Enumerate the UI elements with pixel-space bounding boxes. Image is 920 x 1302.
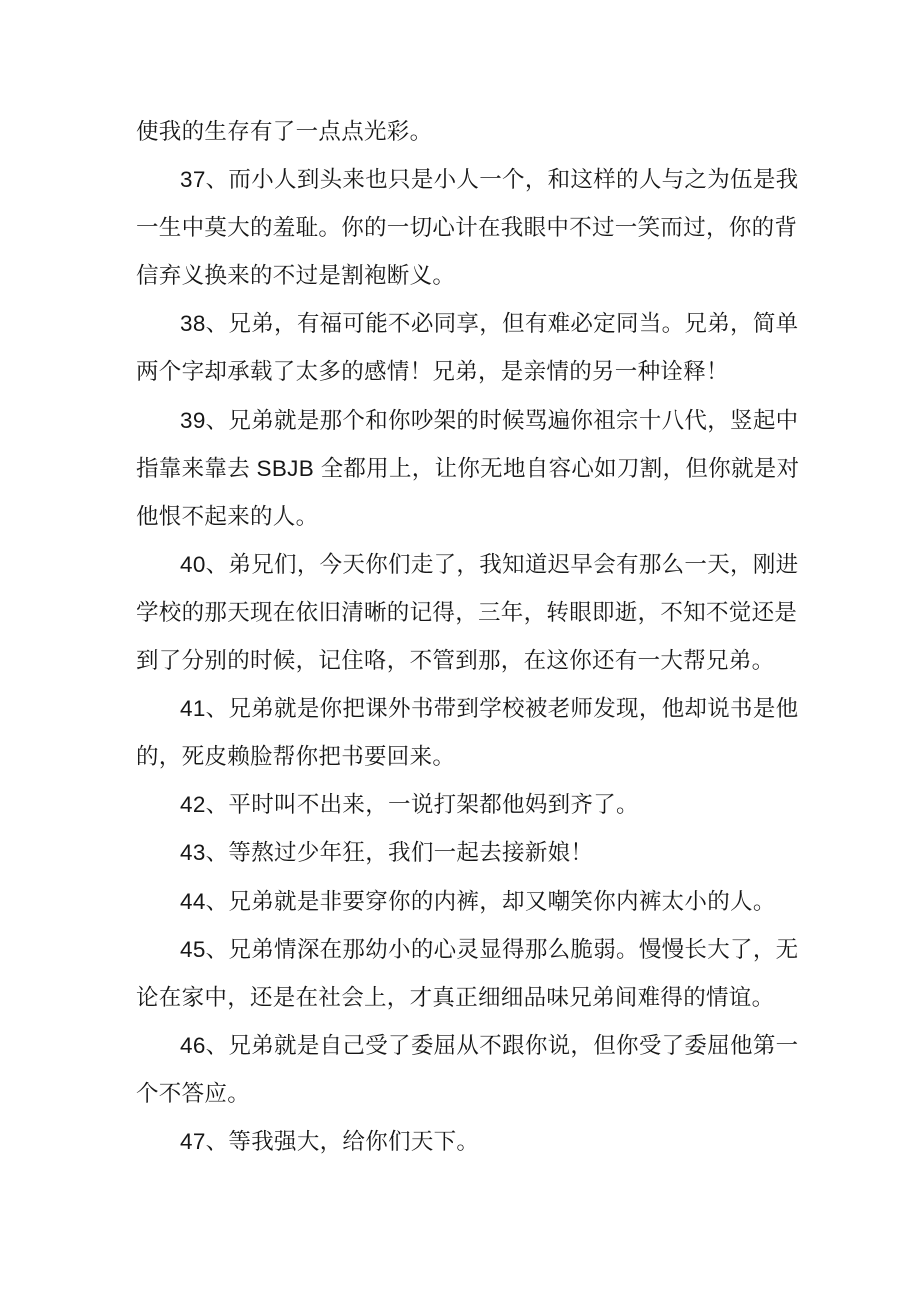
paragraph: 47、等我强大，给你们天下。 — [136, 1118, 788, 1166]
text-line: 到了分别的时候，记住咯，不管到那，在这你还有一大帮兄弟。 — [136, 637, 788, 685]
text-line: 的，死皮赖脸帮你把书要回来。 — [136, 733, 788, 781]
paragraph: 使我的生存有了一点点光彩。 — [136, 108, 788, 156]
text-line: 论在家中，还是在社会上，才真正细细品味兄弟间难得的情谊。 — [136, 974, 788, 1022]
document-body: 使我的生存有了一点点光彩。37、而小人到头来也只是小人一个，和这样的人与之为伍是… — [136, 108, 788, 1166]
text-line: 37、而小人到头来也只是小人一个，和这样的人与之为伍是我 — [136, 156, 788, 204]
text-line: 43、等熬过少年狂，我们一起去接新娘！ — [136, 829, 788, 877]
paragraph: 42、平时叫不出来，一说打架都他妈到齐了。 — [136, 781, 788, 829]
text-line: 他恨不起来的人。 — [136, 493, 788, 541]
paragraph: 43、等熬过少年狂，我们一起去接新娘！ — [136, 829, 788, 877]
text-line: 两个字却承载了太多的感情！兄弟，是亲情的另一种诠释！ — [136, 348, 788, 396]
document-page: 使我的生存有了一点点光彩。37、而小人到头来也只是小人一个，和这样的人与之为伍是… — [0, 0, 920, 1302]
paragraph: 37、而小人到头来也只是小人一个，和这样的人与之为伍是我一生中莫大的羞耻。你的一… — [136, 156, 788, 300]
text-line: 学校的那天现在依旧清晰的记得，三年，转眼即逝，不知不觉还是 — [136, 589, 788, 637]
text-line: 40、弟兄们，今天你们走了，我知道迟早会有那么一天，刚进 — [136, 541, 788, 589]
text-line: 一生中莫大的羞耻。你的一切心计在我眼中不过一笑而过，你的背 — [136, 204, 788, 252]
text-line: 41、兄弟就是你把课外书带到学校被老师发现，他却说书是他 — [136, 685, 788, 733]
text-line: 44、兄弟就是非要穿你的内裤，却又嘲笑你内裤太小的人。 — [136, 878, 788, 926]
text-line: 45、兄弟情深在那幼小的心灵显得那么脆弱。慢慢长大了，无 — [136, 926, 788, 974]
text-line: 38、兄弟，有福可能不必同享，但有难必定同当。兄弟，简单 — [136, 300, 788, 348]
text-line: 46、兄弟就是自己受了委屈从不跟你说，但你受了委屈他第一 — [136, 1022, 788, 1070]
text-line: 39、兄弟就是那个和你吵架的时候骂遍你祖宗十八代，竖起中 — [136, 397, 788, 445]
text-line: 47、等我强大，给你们天下。 — [136, 1118, 788, 1166]
paragraph: 41、兄弟就是你把课外书带到学校被老师发现，他却说书是他的，死皮赖脸帮你把书要回… — [136, 685, 788, 781]
text-line: 使我的生存有了一点点光彩。 — [136, 108, 788, 156]
text-line: 指靠来靠去 SBJB 全都用上，让你无地自容心如刀割，但你就是对 — [136, 445, 788, 493]
paragraph: 44、兄弟就是非要穿你的内裤，却又嘲笑你内裤太小的人。 — [136, 878, 788, 926]
document-viewport: { "page": { "background_color": "#ffffff… — [0, 0, 920, 1302]
text-line: 42、平时叫不出来，一说打架都他妈到齐了。 — [136, 781, 788, 829]
paragraph: 46、兄弟就是自己受了委屈从不跟你说，但你受了委屈他第一个不答应。 — [136, 1022, 788, 1118]
paragraph: 40、弟兄们，今天你们走了，我知道迟早会有那么一天，刚进学校的那天现在依旧清晰的… — [136, 541, 788, 685]
text-line: 信弃义换来的不过是割袍断义。 — [136, 252, 788, 300]
paragraph: 45、兄弟情深在那幼小的心灵显得那么脆弱。慢慢长大了，无论在家中，还是在社会上，… — [136, 926, 788, 1022]
text-line: 个不答应。 — [136, 1070, 788, 1118]
paragraph: 39、兄弟就是那个和你吵架的时候骂遍你祖宗十八代，竖起中指靠来靠去 SBJB 全… — [136, 397, 788, 541]
paragraph: 38、兄弟，有福可能不必同享，但有难必定同当。兄弟，简单两个字却承载了太多的感情… — [136, 300, 788, 396]
